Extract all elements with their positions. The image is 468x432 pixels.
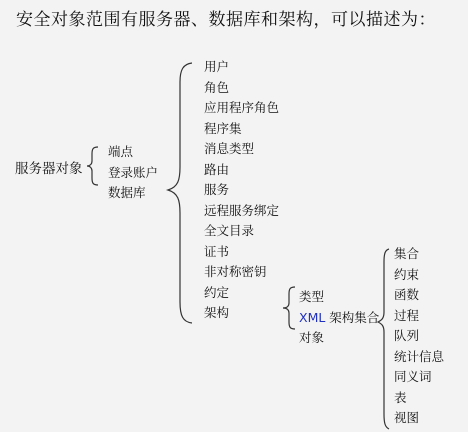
node-object: 对象: [299, 328, 379, 349]
node-statistics: 统计信息: [394, 347, 444, 368]
node-endpoint: 端点: [108, 142, 158, 163]
node-schema: 架构: [204, 303, 279, 324]
brace-icon: [377, 248, 391, 430]
node-message-type: 消息类型: [204, 139, 279, 160]
node-constraint: 约束: [394, 265, 444, 286]
node-role: 角色: [204, 78, 279, 99]
node-collection: 集合: [394, 244, 444, 265]
node-app-role: 应用程序角色: [204, 98, 279, 119]
brace-icon: [86, 146, 100, 186]
node-user: 用户: [204, 57, 279, 78]
node-function: 函数: [394, 285, 444, 306]
brace-icon: [282, 286, 296, 330]
node-certificate: 证书: [204, 242, 279, 263]
node-contract: 约定: [204, 283, 279, 304]
node-asymmetric-key: 非对称密钥: [204, 262, 279, 283]
page-title: 安全对象范围有服务器、数据库和架构，可以描述为：: [16, 5, 436, 30]
node-server-objects: 服务器对象: [15, 159, 83, 179]
node-service: 服务: [204, 180, 279, 201]
node-type: 类型: [299, 287, 379, 308]
node-table: 表: [394, 388, 444, 409]
node-view: 视图: [394, 408, 444, 429]
node-database: 数据库: [108, 183, 158, 204]
database-children-list: 用户 角色 应用程序角色 程序集 消息类型 路由 服务 远程服务绑定 全文目录 …: [204, 57, 279, 324]
node-synonym: 同义词: [394, 367, 444, 388]
node-xml-schema-collection: XML 架构集合: [299, 308, 379, 329]
node-assembly: 程序集: [204, 119, 279, 140]
level1-list: 端点 登录账户 数据库: [108, 142, 158, 204]
node-remote-service-binding: 远程服务绑定: [204, 201, 279, 222]
brace-icon: [166, 62, 196, 324]
node-queue: 队列: [394, 326, 444, 347]
node-procedure: 过程: [394, 306, 444, 327]
object-children-list: 集合 约束 函数 过程 队列 统计信息 同义词 表 视图: [394, 244, 444, 429]
node-route: 路由: [204, 160, 279, 181]
schema-children-list: 类型 XML 架构集合 对象: [299, 287, 379, 349]
node-fulltext-catalog: 全文目录: [204, 221, 279, 242]
node-login: 登录账户: [108, 163, 158, 184]
